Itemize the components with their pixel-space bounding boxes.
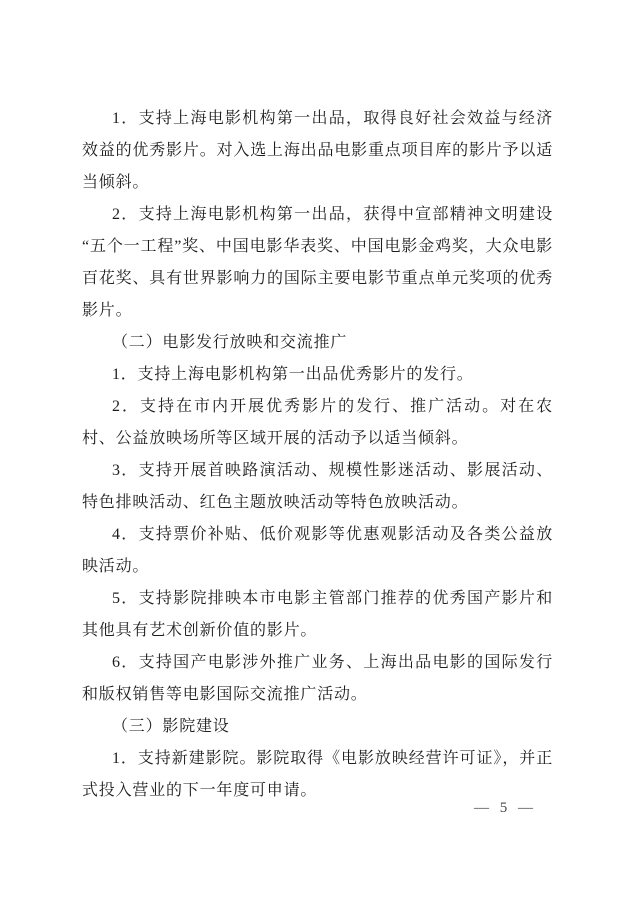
section-heading: （二）电影发行放映和交流推广 <box>82 327 553 359</box>
paragraph: 2．支持上海电影机构第一出品，获得中宣部精神文明建设“五个一工程”奖、中国电影华… <box>82 199 553 327</box>
paragraph: 3．支持开展首映路演活动、规模性影迷活动、影展活动、特色排映活动、红色主题放映活… <box>82 455 553 519</box>
page-number: — 5 — <box>474 799 534 817</box>
document-body: 1．支持上海电影机构第一出品，取得良好社会效益与经济效益的优秀影片。对入选上海出… <box>82 103 553 807</box>
paragraph: 4．支持票价补贴、低价观影等优惠观影活动及各类公益放映活动。 <box>82 519 553 583</box>
paragraph: 1．支持上海电影机构第一出品优秀影片的发行。 <box>82 359 553 391</box>
paragraph: 1．支持新建影院。影院取得《电影放映经营许可证》，并正式投入营业的下一年度可申请… <box>82 743 553 807</box>
paragraph: 1．支持上海电影机构第一出品，取得良好社会效益与经济效益的优秀影片。对入选上海出… <box>82 103 553 199</box>
paragraph: 6．支持国产电影涉外推广业务、上海出品电影的国际发行和版权销售等电影国际交流推广… <box>82 647 553 711</box>
document-page: 1．支持上海电影机构第一出品，取得良好社会效益与经济效益的优秀影片。对入选上海出… <box>0 0 635 898</box>
section-heading: （三）影院建设 <box>82 711 553 743</box>
paragraph: 2．支持在市内开展优秀影片的发行、推广活动。对在农村、公益放映场所等区域开展的活… <box>82 391 553 455</box>
paragraph: 5．支持影院排映本市电影主管部门推荐的优秀国产影片和其他具有艺术创新价值的影片。 <box>82 583 553 647</box>
